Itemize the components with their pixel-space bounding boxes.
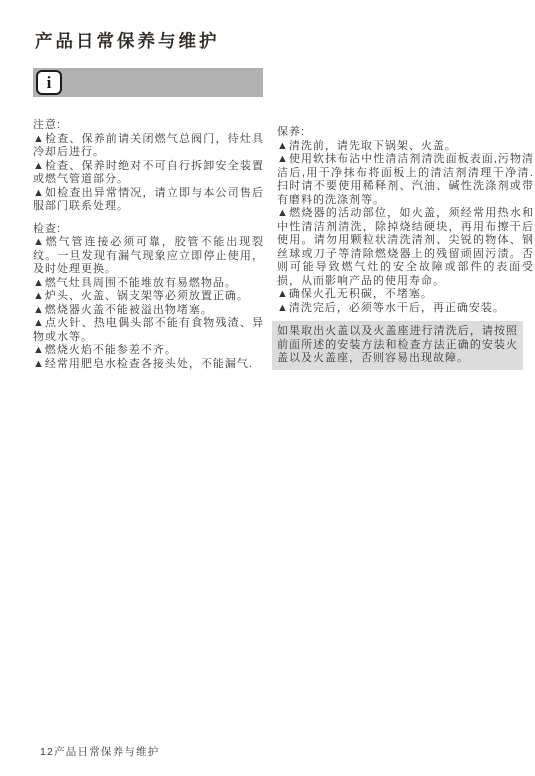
inspection-bullet: ▲燃气灶具周围不能堆放有易燃物品。 [33,277,264,291]
info-bar: i [33,68,263,97]
note-box: 如果取出火盖以及火盖座进行清洗后，请按照前面所述的安装方法和检查方法正确的安装火… [272,321,523,370]
section-heading-notice: 注意: [33,119,264,133]
info-icon: i [36,70,62,95]
info-icon-glyph: i [47,74,52,91]
maintenance-bullet: ▲清洗前，请先取下锅架、火盖。 [277,140,534,154]
inspection-bullet: ▲炉头、火盖、锅支架等必须放置正确。 [33,290,264,304]
maintenance-bullet: ▲燃烧器的活动部位，如火盖，须经常用热水和中性清洁剂清洗，除掉烧结硬块，再用布擦… [277,207,534,288]
inspection-bullet: ▲燃气管连接必须可靠，胶管不能出现裂纹。一旦发现有漏气现象应立即停止使用，及时处… [33,236,264,277]
inspection-bullet: ▲燃烧火焰不能参差不齐。 [33,344,264,358]
manual-page: 产品日常保养与维护 i 注意: ▲检查、保养前请关闭燃气总阀门，待灶具冷却后进行… [0,0,535,776]
page-footer: 12产品日常保养与维护 [40,744,159,759]
page-title: 产品日常保养与维护 [35,28,220,53]
section-heading-inspection: 检查: [33,223,264,237]
maintenance-bullet: ▲使用软抹布沾中性清洁剂清洗面板表面,污物清洁后,用干净抹布将面板上的清洁剂清理… [277,153,534,207]
right-column: 保养: ▲清洗前，请先取下锅架、火盖。 ▲使用软抹布沾中性清洁剂清洗面板表面,污… [277,126,534,370]
inspection-bullet: ▲点火针、热电偶头部不能有食物残渣、异物或水等。 [33,317,264,344]
page-number: 12 [40,746,54,758]
notice-bullet: ▲检查、保养前请关闭燃气总阀门，待灶具冷却后进行。 [33,133,264,160]
inspection-bullet: ▲燃烧器火盖不能被溢出物堵塞。 [33,304,264,318]
maintenance-bullet: ▲确保火孔无积碳，不堵塞。 [277,288,534,302]
maintenance-bullet: ▲清洗完后，必须等水干后，再正确安装。 [277,302,534,316]
footer-title: 产品日常保养与维护 [54,746,159,758]
notice-bullet: ▲如检查出异常情况，请立即与本公司售后服部门联系处理。 [33,187,264,214]
inspection-bullet: ▲经常用肥皂水检查各接头处，不能漏气. [33,358,264,372]
left-column: 注意: ▲检查、保养前请关闭燃气总阀门，待灶具冷却后进行。 ▲检查、保养时绝对不… [33,119,264,371]
section-heading-maintenance: 保养: [277,126,534,140]
notice-bullet: ▲检查、保养时绝对不可自行拆卸安全装置或燃气管道部分。 [33,160,264,187]
